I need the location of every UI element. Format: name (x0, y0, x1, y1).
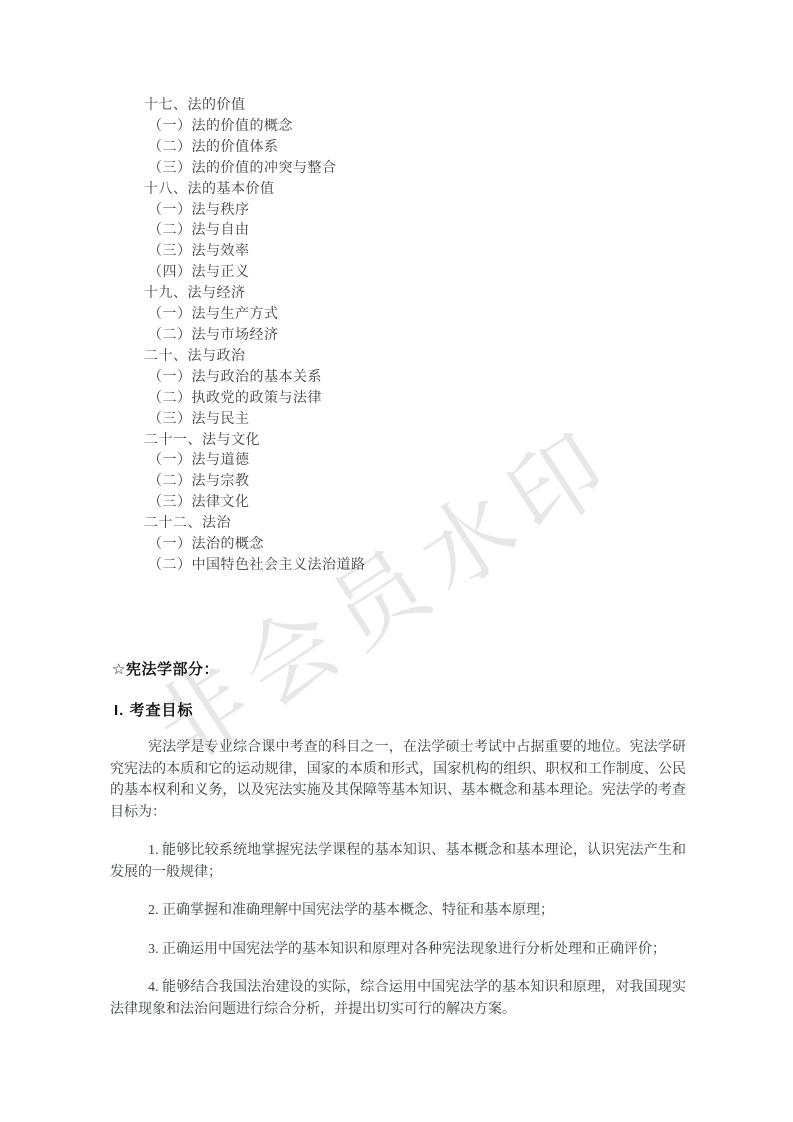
outline-item: （一）法与秩序 (144, 201, 366, 222)
exam-goal-heading: I. 考查目标 (114, 699, 194, 720)
outline-item: （一）法治的概念 (144, 535, 366, 556)
outline-item: （三）法律文化 (144, 493, 366, 514)
body-paragraph: 宪法学是专业综合课中考查的科目之一，在法学硕士考试中占据重要的地位。宪法学研究宪… (110, 737, 686, 823)
outline-item: （二）法与自由 (144, 221, 366, 242)
outline-item: 十七、法的价值 (144, 96, 366, 117)
outline-item: （四）法与正义 (144, 263, 366, 284)
outline-item: （一）法与生产方式 (144, 305, 366, 326)
exam-goal-paragraphs: 宪法学是专业综合课中考查的科目之一，在法学硕士考试中占据重要的地位。宪法学研究宪… (110, 737, 686, 1037)
outline-item: （一）法的价值的概念 (144, 117, 366, 138)
outline-item: （一）法与政治的基本关系 (144, 368, 366, 389)
outline-item: （二）中国特色社会主义法治道路 (144, 556, 366, 577)
outline-item: （一）法与道德 (144, 451, 366, 472)
outline-item: 十九、法与经济 (144, 284, 366, 305)
outline-item: 二十、法与政治 (144, 347, 366, 368)
constitution-section-title: ☆宪法学部分： (112, 658, 219, 679)
syllabus-outline-list: 十七、法的价值（一）法的价值的概念（二）法的价值体系（三）法的价值的冲突与整合十… (144, 96, 366, 577)
outline-item: （二）法与市场经济 (144, 326, 366, 347)
document-page: 非会员水印 十七、法的价值（一）法的价值的概念（二）法的价值体系（三）法的价值的… (0, 0, 793, 1122)
outline-item: （三）法的价值的冲突与整合 (144, 159, 366, 180)
body-paragraph: 2. 正确掌握和准确理解中国宪法学的基本概念、特征和基本原理； (110, 900, 686, 922)
outline-item: （三）法与民主 (144, 410, 366, 431)
outline-item: 二十一、法与文化 (144, 431, 366, 452)
outline-item: 十八、法的基本价值 (144, 180, 366, 201)
body-paragraph: 3. 正确运用中国宪法学的基本知识和原理对各种宪法现象进行分析处理和正确评价； (110, 939, 686, 961)
outline-item: （二）法与宗教 (144, 472, 366, 493)
outline-item: 二十二、法治 (144, 514, 366, 535)
outline-item: （二）执政党的政策与法律 (144, 389, 366, 410)
outline-item: （三）法与效率 (144, 242, 366, 263)
body-paragraph: 1. 能够比较系统地掌握宪法学课程的基本知识、基本概念和基本理论，认识宪法产生和… (110, 840, 686, 883)
outline-item: （二）法的价值体系 (144, 138, 366, 159)
page-content: 十七、法的价值（一）法的价值的概念（二）法的价值体系（三）法的价值的冲突与整合十… (0, 0, 793, 1122)
body-paragraph: 4. 能够结合我国法治建设的实际，综合运用中国宪法学的基本知识和原理，对我国现实… (110, 977, 686, 1020)
